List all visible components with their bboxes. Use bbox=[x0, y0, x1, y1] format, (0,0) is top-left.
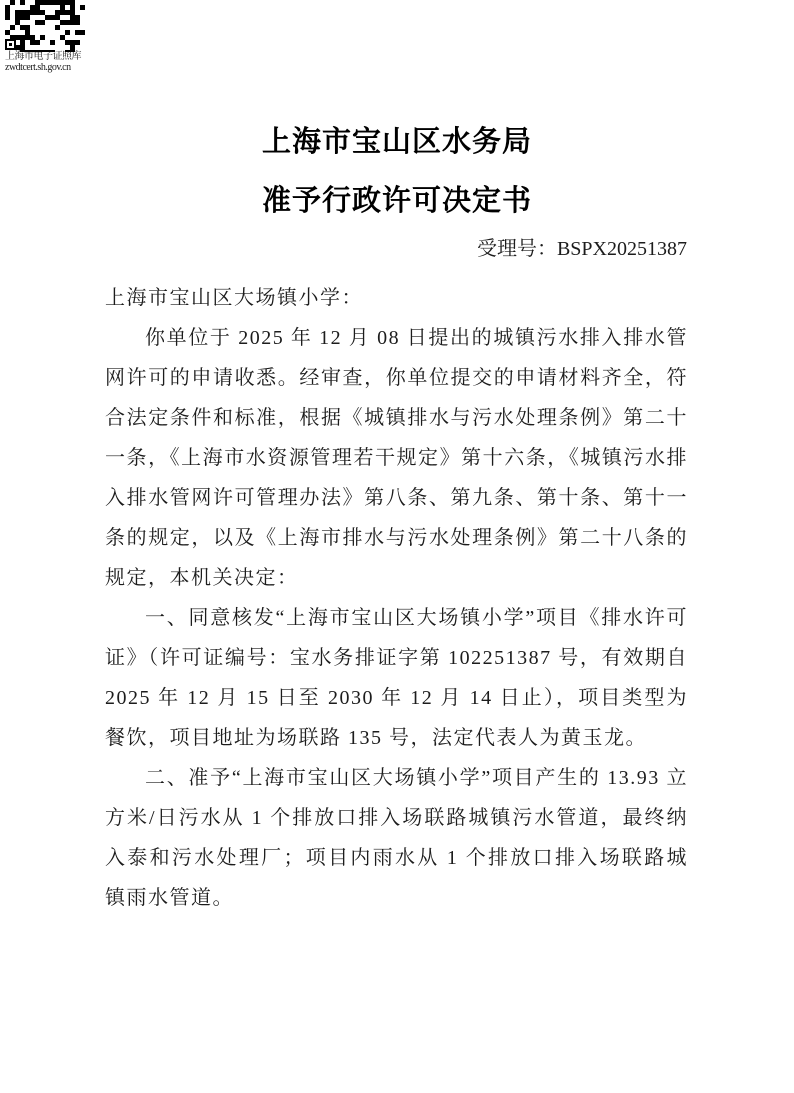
title-agency: 上海市宝山区水务局 bbox=[0, 113, 794, 172]
qr-code-pattern bbox=[5, 0, 85, 52]
case-number: 受理号：BSPX20251387 bbox=[0, 234, 794, 264]
title-decision: 准予行政许可决定书 bbox=[0, 172, 794, 231]
qr-finder-icon bbox=[5, 39, 16, 50]
document-page: 上海市电子证照库 zwdtcert.sh.gov.cn 上海市宝山区水务局 准予… bbox=[0, 0, 794, 1093]
qr-caption-library: 上海市电子证照库 bbox=[5, 52, 91, 63]
qr-badge: 上海市电子证照库 zwdtcert.sh.gov.cn bbox=[5, 0, 91, 73]
addressee: 上海市宝山区大场镇小学： bbox=[105, 278, 688, 318]
paragraph-decision-1: 一、同意核发“上海市宝山区大场镇小学”项目《排水许可证》（许可证编号：宝水务排证… bbox=[105, 598, 688, 758]
paragraph-decision-2: 二、准予“上海市宝山区大场镇小学”项目产生的 13.93 立方米/日污水从 1 … bbox=[105, 758, 688, 918]
qr-code bbox=[5, 0, 85, 52]
paragraph-application: 你单位于 2025 年 12 月 08 日提出的城镇污水排入排水管网许可的申请收… bbox=[105, 318, 688, 598]
qr-caption-url: zwdtcert.sh.gov.cn bbox=[5, 63, 91, 74]
document-body: 上海市宝山区大场镇小学： 你单位于 2025 年 12 月 08 日提出的城镇污… bbox=[105, 278, 688, 918]
document-title: 上海市宝山区水务局 准予行政许可决定书 bbox=[0, 113, 794, 231]
